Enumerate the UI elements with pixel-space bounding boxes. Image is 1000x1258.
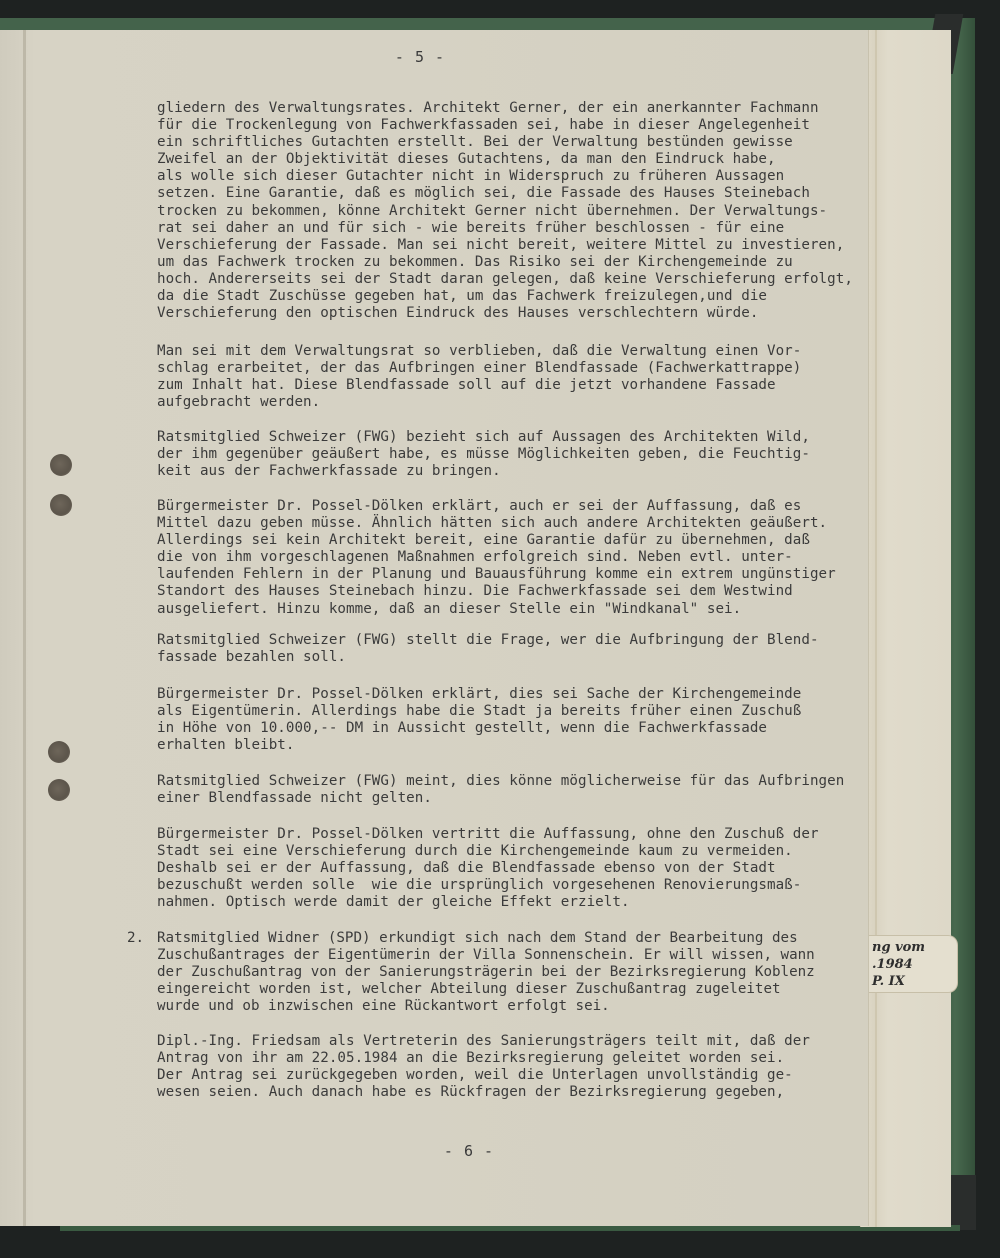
index-tab-line: ng vom xyxy=(872,939,957,956)
paragraph: Ratsmitglied Schweizer (FWG) stellt die … xyxy=(157,632,877,666)
item-number: 2. xyxy=(127,930,144,947)
paragraph: gliedern des Verwaltungsrates. Architekt… xyxy=(157,100,877,322)
paragraph: Ratsmitglied Schweizer (FWG) meint, dies… xyxy=(157,773,877,807)
punch-hole xyxy=(48,741,70,763)
page-number-bottom: - 6 - xyxy=(0,1142,938,1160)
paragraph: Bürgermeister Dr. Possel-Dölken erklärt,… xyxy=(157,498,877,618)
paragraph: Bürgermeister Dr. Possel-Dölken vertritt… xyxy=(157,826,877,911)
page-number-top: - 5 - xyxy=(0,48,840,66)
item-text: Ratsmitglied Widner (SPD) erkundigt sich… xyxy=(157,930,815,1015)
punch-hole xyxy=(50,454,72,476)
page-fold-line xyxy=(23,30,26,1226)
punch-hole xyxy=(50,494,72,516)
index-tab-label: ng vom .1984 P. IX xyxy=(868,935,958,993)
punch-hole xyxy=(48,779,70,801)
index-tab-line: .1984 xyxy=(872,956,957,973)
paragraph: Man sei mit dem Verwaltungsrat so verbli… xyxy=(157,343,877,411)
paragraph: Bürgermeister Dr. Possel-Dölken erklärt,… xyxy=(157,686,877,754)
binder-corner-bottom xyxy=(948,1175,976,1230)
paragraph: Ratsmitglied Schweizer (FWG) bezieht sic… xyxy=(157,429,877,480)
index-tab-line: P. IX xyxy=(872,973,957,990)
document-page: - 5 - gliedern des Verwaltungsrates. Arc… xyxy=(0,30,869,1226)
paragraph: Dipl.-Ing. Friedsam als Vertreterin des … xyxy=(157,1033,877,1101)
